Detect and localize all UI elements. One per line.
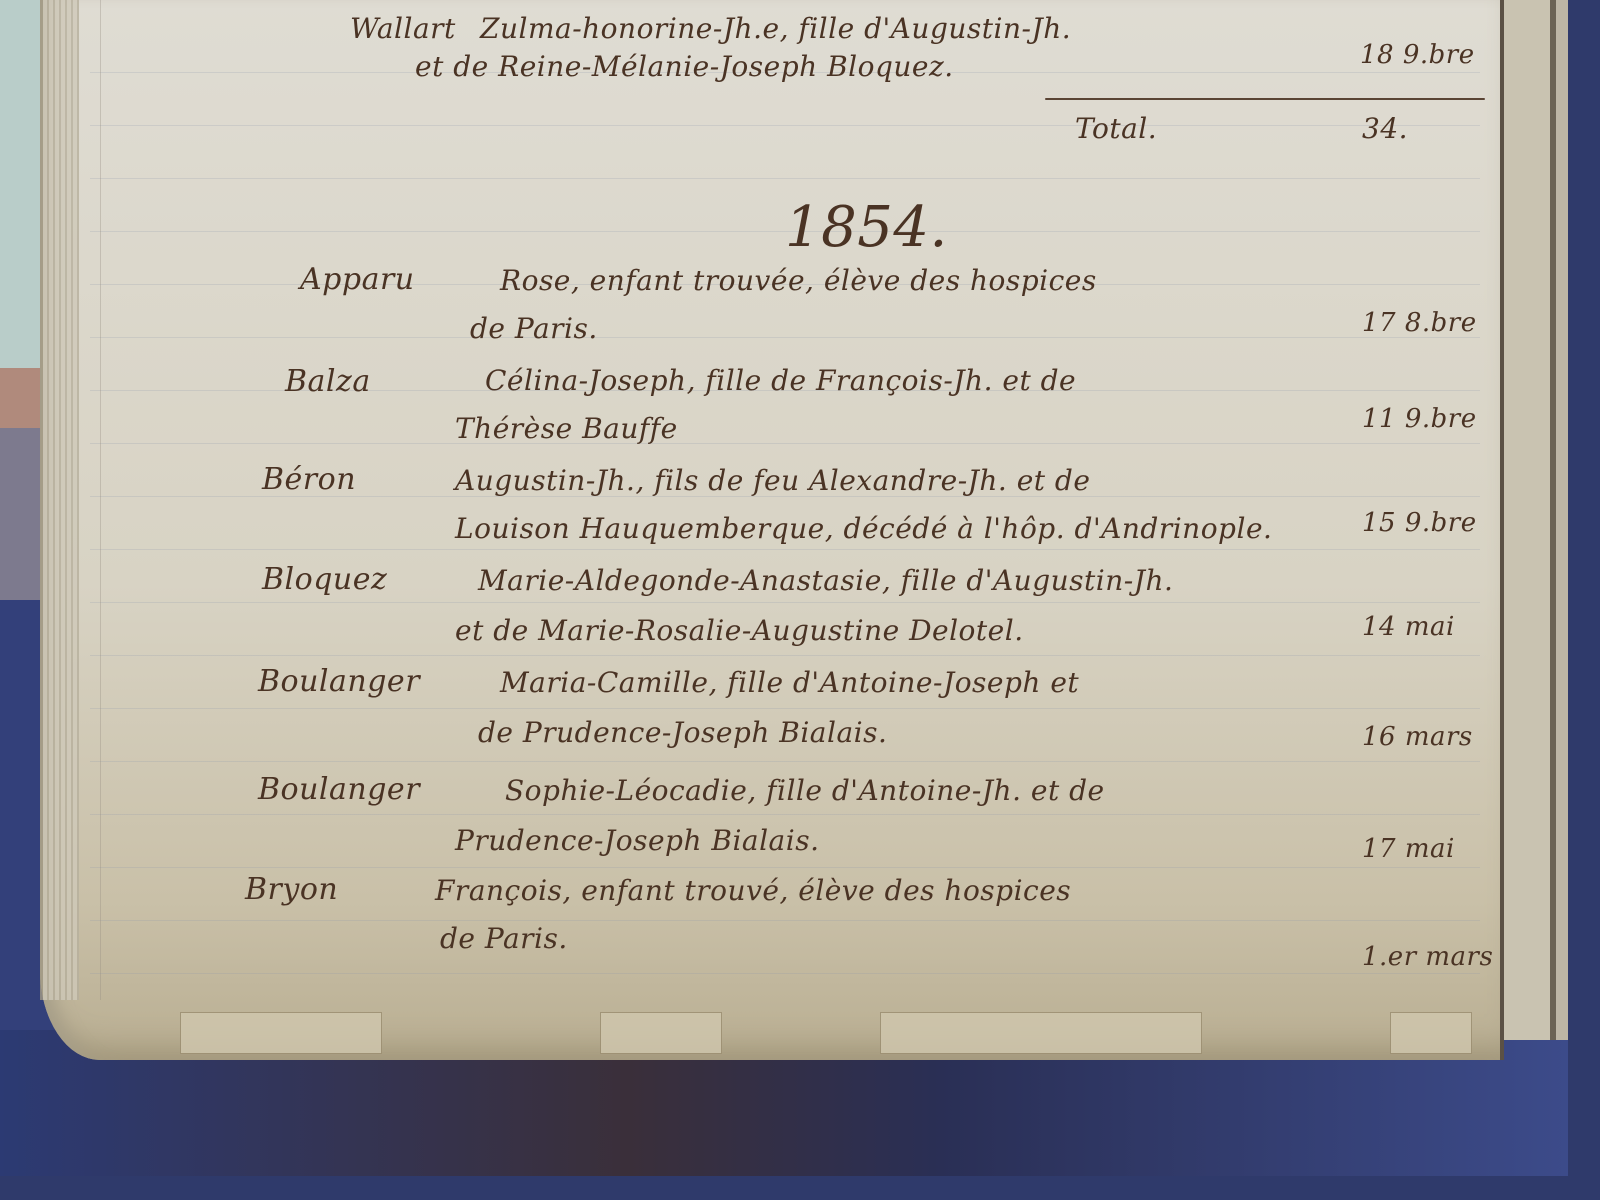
margin-line bbox=[100, 0, 101, 1000]
entry-line-1: Sophie-Léocadie, fille d'Antoine-Jh. et … bbox=[505, 774, 1105, 807]
entry-surname: Wallart bbox=[350, 12, 456, 45]
entry-date: 17 mai bbox=[1362, 834, 1455, 864]
entry-line-1: Augustin-Jh., fils de feu Alexandre-Jh. … bbox=[455, 464, 1090, 497]
entry-line-1: Maria-Camille, fille d'Antoine-Joseph et bbox=[500, 666, 1079, 699]
entry-date: 1.er mars bbox=[1362, 942, 1493, 972]
entry-line-2: et de Reine-Mélanie-Joseph Bloquez. bbox=[415, 50, 954, 83]
entry-line-1: Célina-Joseph, fille de François-Jh. et … bbox=[485, 364, 1076, 397]
entry-date: 11 9.bre bbox=[1362, 404, 1477, 434]
torn-paper-edge bbox=[1390, 1012, 1472, 1054]
year-heading: 1854. bbox=[785, 195, 948, 260]
entry-surname: Boulanger bbox=[258, 664, 420, 699]
entry-line-2: de Paris. bbox=[440, 922, 568, 955]
entry-line-2: de Paris. bbox=[470, 312, 598, 345]
entry-surname: Balza bbox=[285, 364, 371, 399]
entry-date: 16 mars bbox=[1362, 722, 1473, 752]
torn-paper-edge bbox=[600, 1012, 722, 1054]
worn-page-edge bbox=[40, 0, 79, 1000]
entry-date: 17 8.bre bbox=[1362, 308, 1477, 338]
entry-line-1: Rose, enfant trouvée, élève des hospices bbox=[500, 264, 1097, 297]
torn-paper-edge bbox=[180, 1012, 382, 1054]
total-label: Total. bbox=[1075, 112, 1157, 145]
entry-line-1: Zulma-honorine-Jh.e, fille d'Augustin-Jh… bbox=[480, 12, 1071, 45]
entry-line-1: François, enfant trouvé, élève des hospi… bbox=[435, 874, 1071, 907]
entry-surname: Béron bbox=[262, 462, 356, 497]
entry-line-1: Marie-Aldegonde-Anastasie, fille d'Augus… bbox=[478, 564, 1173, 597]
entry-line-2: de Prudence-Joseph Bialais. bbox=[478, 716, 887, 749]
entry-date: 14 mai bbox=[1362, 612, 1455, 642]
entry-line-2: Thérèse Bauffe bbox=[455, 412, 678, 445]
entry-surname: Bloquez bbox=[262, 562, 387, 597]
entry-line-2: Louison Hauquemberque, décédé à l'hôp. d… bbox=[455, 512, 1272, 545]
entry-line-2: Prudence-Joseph Bialais. bbox=[455, 824, 819, 857]
entry-date: 18 9.bre bbox=[1360, 40, 1475, 70]
total-rule bbox=[1045, 98, 1485, 100]
total-value: 34. bbox=[1362, 112, 1408, 145]
entry-date: 15 9.bre bbox=[1362, 508, 1477, 538]
torn-paper-edge bbox=[880, 1012, 1202, 1054]
entry-line-2: et de Marie-Rosalie-Augustine Delotel. bbox=[455, 614, 1024, 647]
entry-surname: Bryon bbox=[245, 872, 338, 907]
entry-surname: Boulanger bbox=[258, 772, 420, 807]
entry-surname: Apparu bbox=[300, 262, 415, 297]
